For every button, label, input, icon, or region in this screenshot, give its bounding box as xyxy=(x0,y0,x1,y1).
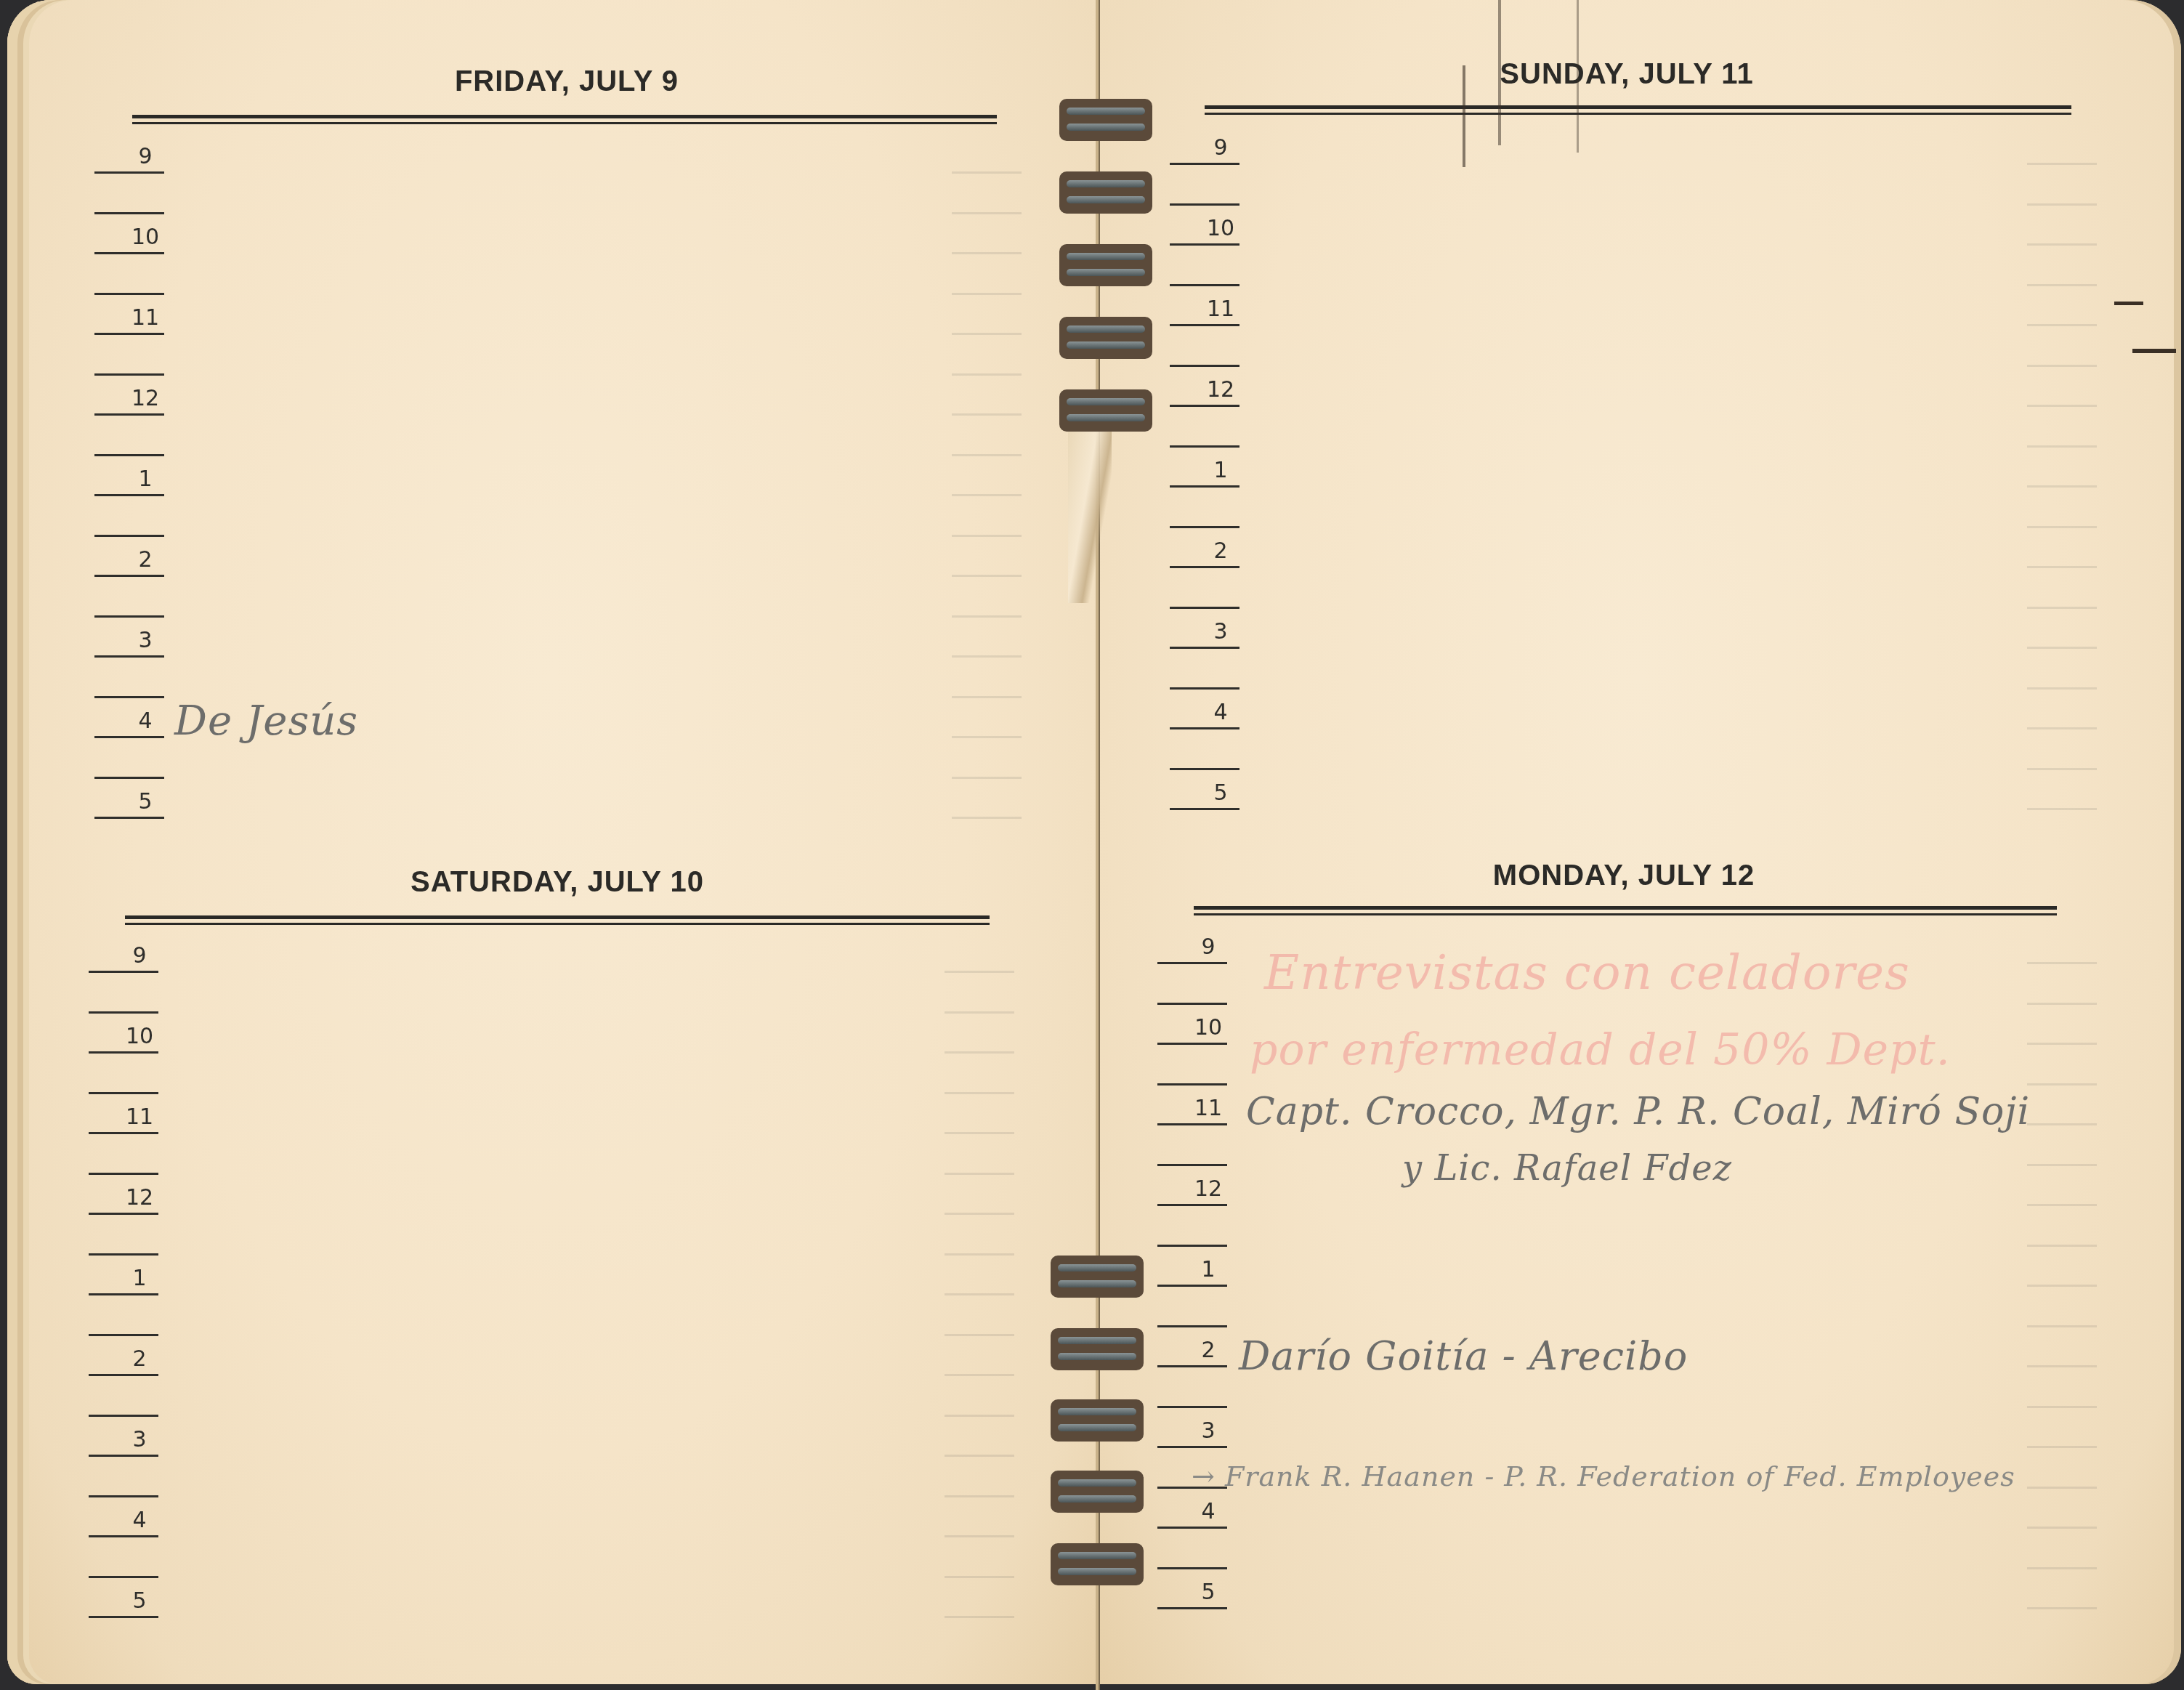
half-hour-line xyxy=(89,1495,158,1497)
hour-line xyxy=(89,1374,158,1376)
handwritten-entry: De Jesús xyxy=(174,698,358,745)
half-hour-line xyxy=(89,1576,158,1578)
half-hour-line xyxy=(1170,445,1239,448)
half-hour-line xyxy=(89,1011,158,1014)
hour-line xyxy=(1157,1446,1227,1448)
hour-line xyxy=(94,494,164,496)
hour-label: 12 xyxy=(110,386,180,412)
hour-line xyxy=(89,971,158,973)
hour-label: 3 xyxy=(1186,619,1255,645)
half-hour-line xyxy=(1170,607,1239,609)
hour-label: 2 xyxy=(110,547,180,573)
half-hour-line xyxy=(94,454,164,456)
hour-label: 5 xyxy=(110,789,180,815)
day-header-friday: FRIDAY, JULY 9 xyxy=(455,65,679,98)
header-rule-saturday xyxy=(125,915,990,929)
hour-label: 10 xyxy=(110,225,180,251)
half-hour-line xyxy=(1157,1567,1227,1569)
hour-line xyxy=(1157,1285,1227,1287)
hour-label: 4 xyxy=(1186,700,1255,726)
half-hour-line xyxy=(94,373,164,376)
hour-line xyxy=(1170,485,1239,488)
spiral-ring-icon xyxy=(1059,317,1152,359)
handwritten-entry-red: Entrevistas con celadores xyxy=(1264,945,1910,1000)
hour-label: 10 xyxy=(1173,1015,1243,1041)
hour-line xyxy=(94,171,164,174)
half-hour-line xyxy=(1157,1003,1227,1005)
hour-line xyxy=(1170,566,1239,568)
ink-mark xyxy=(1463,65,1465,167)
hour-label: 12 xyxy=(105,1185,174,1211)
half-hour-line xyxy=(94,293,164,295)
hour-label: 1 xyxy=(105,1266,174,1292)
hour-label: 2 xyxy=(1186,538,1255,565)
hour-line xyxy=(1170,243,1239,246)
hour-line xyxy=(1157,1043,1227,1045)
half-hour-line xyxy=(89,1334,158,1336)
half-hour-line xyxy=(1157,1406,1227,1408)
day-header-sunday: SUNDAY, JULY 11 xyxy=(1500,58,1753,91)
spiral-ring-icon xyxy=(1059,389,1152,432)
hour-label: 11 xyxy=(105,1104,174,1131)
hour-line xyxy=(1157,1204,1227,1206)
hour-line xyxy=(1157,1607,1227,1609)
day-header-saturday: SATURDAY, JULY 10 xyxy=(410,866,704,899)
handwritten-entry: Capt. Crocco, Mgr. P. R. Coal, Miró Soji xyxy=(1246,1090,2030,1133)
hour-label: 1 xyxy=(1186,458,1255,484)
spiral-ring-icon xyxy=(1051,1399,1144,1442)
hour-label: 10 xyxy=(1186,216,1255,242)
half-hour-line xyxy=(94,777,164,779)
hour-label: 1 xyxy=(110,466,180,493)
right-page xyxy=(1099,0,2181,1684)
hour-label: 3 xyxy=(110,628,180,654)
hour-line xyxy=(1170,808,1239,810)
hour-line xyxy=(1170,405,1239,407)
hour-label: 9 xyxy=(105,943,174,969)
ink-mark xyxy=(2132,349,2176,353)
hour-line xyxy=(94,655,164,658)
hour-line xyxy=(1170,324,1239,326)
hour-label: 4 xyxy=(110,708,180,735)
handwritten-entry: → Frank R. Haanen - P. R. Federation of … xyxy=(1192,1460,2015,1492)
hour-label: 4 xyxy=(1173,1499,1243,1525)
hour-line xyxy=(1157,1365,1227,1367)
half-hour-line xyxy=(1170,365,1239,367)
hour-label: 10 xyxy=(105,1024,174,1050)
hour-line xyxy=(94,333,164,335)
spiral-ring-icon xyxy=(1051,1543,1144,1585)
spiral-ring-icon xyxy=(1051,1256,1144,1298)
half-hour-line xyxy=(94,615,164,618)
half-hour-line xyxy=(94,535,164,537)
half-hour-line xyxy=(1170,526,1239,528)
hour-line xyxy=(1170,727,1239,729)
hour-line xyxy=(89,1293,158,1295)
spiral-ring-icon xyxy=(1059,244,1152,286)
half-hour-line xyxy=(1157,1164,1227,1166)
hour-line xyxy=(1170,163,1239,165)
hour-label: 5 xyxy=(105,1588,174,1614)
torn-paper-strip xyxy=(1068,429,1112,603)
hour-label: 11 xyxy=(1186,296,1255,323)
hour-line xyxy=(89,1455,158,1457)
hour-label: 4 xyxy=(105,1508,174,1534)
half-hour-line xyxy=(1157,1245,1227,1247)
hour-label: 12 xyxy=(1173,1176,1243,1202)
spiral-ring-icon xyxy=(1059,99,1152,141)
half-hour-line xyxy=(1157,1083,1227,1085)
hour-label: 11 xyxy=(1173,1096,1243,1122)
hour-label: 12 xyxy=(1186,377,1255,403)
hour-line xyxy=(94,413,164,416)
half-hour-line xyxy=(1170,687,1239,690)
half-hour-line xyxy=(94,212,164,214)
hour-line xyxy=(89,1051,158,1054)
half-hour-line xyxy=(89,1415,158,1417)
spiral-ring-icon xyxy=(1051,1471,1144,1513)
half-hour-line xyxy=(1170,768,1239,770)
spiral-ring-icon xyxy=(1059,171,1152,214)
half-hour-line xyxy=(1157,1325,1227,1327)
handwritten-entry-red: por enfermedad del 50% Dept. xyxy=(1250,1024,1951,1075)
hour-line xyxy=(94,575,164,577)
hour-line xyxy=(1157,962,1227,964)
hour-line xyxy=(94,252,164,254)
ink-mark xyxy=(2114,302,2143,305)
hour-line xyxy=(89,1132,158,1134)
hour-label: 9 xyxy=(110,144,180,170)
hour-line xyxy=(1170,647,1239,649)
half-hour-line xyxy=(89,1173,158,1175)
half-hour-line xyxy=(94,696,164,698)
spiral-ring-icon xyxy=(1051,1328,1144,1370)
hour-label: 9 xyxy=(1186,135,1255,161)
hour-line xyxy=(1157,1123,1227,1125)
hour-line xyxy=(89,1213,158,1215)
hour-line xyxy=(94,736,164,738)
ink-mark xyxy=(1498,0,1501,145)
hour-label: 5 xyxy=(1173,1580,1243,1606)
half-hour-line xyxy=(1170,203,1239,206)
hour-line xyxy=(89,1535,158,1537)
handwritten-entry: Darío Goitía - Arecibo xyxy=(1239,1333,1688,1379)
header-rule-monday xyxy=(1194,906,2057,920)
half-hour-line xyxy=(89,1253,158,1256)
half-hour-line xyxy=(1170,284,1239,286)
hour-label: 3 xyxy=(1173,1418,1243,1444)
hour-line xyxy=(1157,1527,1227,1529)
header-rule-friday xyxy=(132,115,997,129)
day-header-monday: MONDAY, JULY 12 xyxy=(1493,860,1755,892)
hour-line xyxy=(94,817,164,819)
ink-mark xyxy=(1577,0,1579,153)
hour-label: 2 xyxy=(105,1346,174,1372)
hour-label: 3 xyxy=(105,1427,174,1453)
hour-label: 11 xyxy=(110,305,180,331)
hour-label: 9 xyxy=(1173,934,1243,961)
header-rule-sunday xyxy=(1205,105,2071,119)
hour-label: 5 xyxy=(1186,780,1255,806)
hour-line xyxy=(89,1616,158,1618)
hour-label: 1 xyxy=(1173,1257,1243,1283)
half-hour-line xyxy=(89,1092,158,1094)
hour-label: 2 xyxy=(1173,1338,1243,1364)
handwritten-entry: y Lic. Rafael Fdez xyxy=(1402,1148,1732,1189)
